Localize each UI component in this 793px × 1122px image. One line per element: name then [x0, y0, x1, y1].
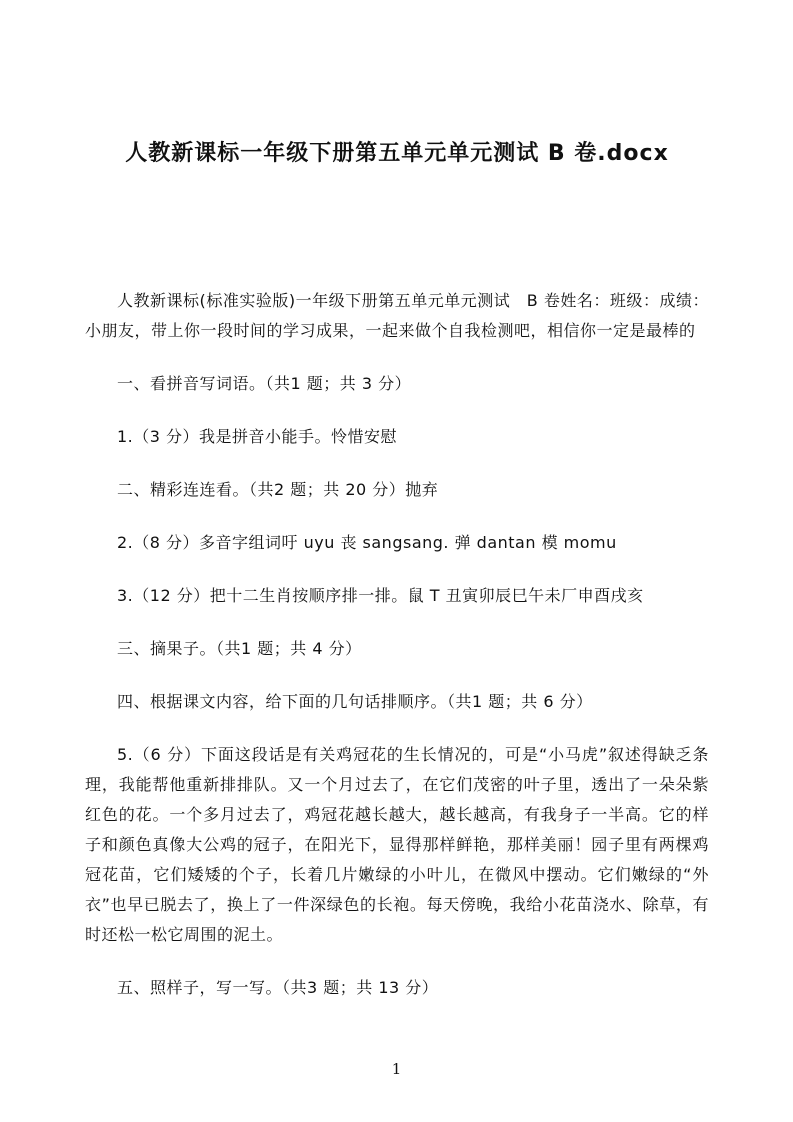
page-number: 1: [0, 1060, 793, 1078]
question-2: 2.（8 分）多音字组词吁 uyu 丧 sangsang. 弹 dantan 模…: [85, 528, 709, 558]
intro-paragraph: 人教新课标(标准实验版)一年级下册第五单元单元测试 B 卷姓名：班级：成绩：小朋…: [85, 286, 709, 346]
section-3-header: 三、摘果子。（共1 题；共 4 分）: [85, 634, 709, 664]
question-5: 5.（6 分）下面这段话是有关鸡冠花的生长情况的，可是“小马虎”叙述得缺乏条理，…: [85, 740, 709, 950]
question-1: 1.（3 分）我是拼音小能手。怜惜安慰: [85, 422, 709, 452]
section-1-header: 一、看拼音写词语。（共1 题；共 3 分）: [85, 369, 709, 399]
section-2-header: 二、精彩连连看。（共2 题；共 20 分）抛弃: [85, 475, 709, 505]
question-3: 3.（12 分）把十二生肖按顺序排一排。鼠 T 丑寅卯辰巳午未厂申酉戌亥: [85, 581, 709, 611]
section-4-header: 四、根据课文内容，给下面的几句话排顺序。（共1 题；共 6 分）: [85, 687, 709, 717]
section-5-header: 五、照样子，写一写。（共3 题；共 13 分）: [85, 973, 709, 1003]
document-title: 人教新课标一年级下册第五单元单元测试 B 卷.docx: [85, 138, 709, 170]
document-page: 人教新课标一年级下册第五单元单元测试 B 卷.docx 人教新课标(标准实验版)…: [0, 0, 793, 1122]
